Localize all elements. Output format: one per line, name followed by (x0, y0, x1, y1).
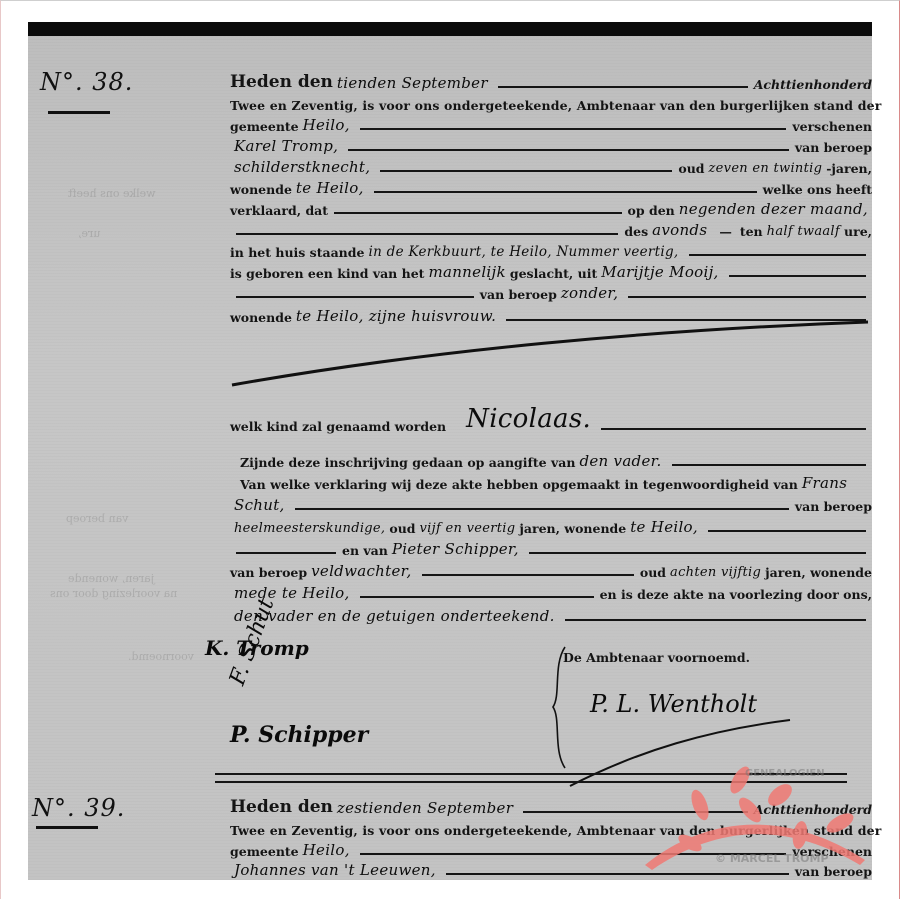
act-number-39: N°. 39. (32, 794, 125, 822)
act38-line-1: Heden den tienden September Achttienhond… (230, 70, 872, 92)
bleed-through-text: voornoemd. (128, 650, 194, 663)
act38-decl-4: heelmeesterskundige, oud vijf en veertig… (230, 514, 872, 536)
act38-line-11: van beroep zonder, (230, 280, 872, 302)
act38-line-8: des avonds — ten half twaalf ure, (230, 217, 872, 239)
act38-line-6: wonende te Heilo, welke ons heeft (230, 175, 872, 197)
act-number-underline (48, 111, 110, 114)
act38-decl-6: van beroep veldwachter, oud achten vijft… (230, 558, 872, 580)
act-number-underline (36, 826, 98, 829)
act38-line-2: Twee en Zeventig, is voor ons ondergetee… (230, 91, 872, 113)
act38-line-10: is geboren een kind van het mannelijk ge… (230, 259, 872, 281)
act39-line-2: Twee en Zeventig, is voor ons ondergetee… (230, 816, 872, 838)
act39-line-1: Heden den zestienden September Achttienh… (230, 795, 872, 817)
official-label: De Ambtenaar voornoemd. (563, 650, 750, 665)
act38-decl-2: Van welke verklaring wij deze akte hebbe… (240, 470, 872, 492)
act38-decl-8: den vader en de getuigen onderteekend. (230, 603, 872, 625)
watermark-text-2: © MARCEL TROMP (715, 852, 829, 865)
bleed-through-text: welke ons heeft (68, 187, 156, 200)
act38-name-line: welk kind zal genaamd worden Nicolaas. (230, 400, 872, 434)
bleed-through-text: na voorlezing door ons (50, 587, 177, 600)
act38-line-5: schilderstknecht, oud zeven en twintig -… (230, 154, 872, 176)
watermark-text-1: GENEALOGIEN (745, 768, 825, 779)
act38-decl-1: Zijnde deze inschrijving gedaan op aangi… (240, 448, 872, 470)
act38-line-4: Karel Tromp, van beroep (230, 133, 872, 155)
bleed-through-text: ure, (78, 227, 100, 240)
act38-decl-7: mede te Heilo, en is deze akte na voorle… (230, 580, 872, 602)
signature-witness-2: P. Schipper (230, 722, 368, 748)
bleed-through-text: van beroep (66, 512, 128, 525)
act38-decl-3: Schut, van beroep (230, 492, 872, 514)
act-number-38: N°. 38. (40, 68, 133, 96)
act38-line-7: verklaard, dat op den negenden dezer maa… (230, 196, 872, 218)
act38-decl-5: en van Pieter Schipper, (230, 536, 872, 558)
act38-line-3: gemeente Heilo, verschenen (230, 112, 872, 134)
strike-through-line (230, 300, 870, 390)
scan-edge-band (28, 22, 872, 36)
bleed-through-text: jaren, wonende (68, 572, 154, 585)
act38-line-9: in het huis staande in de Kerkbuurt, te … (230, 238, 872, 260)
